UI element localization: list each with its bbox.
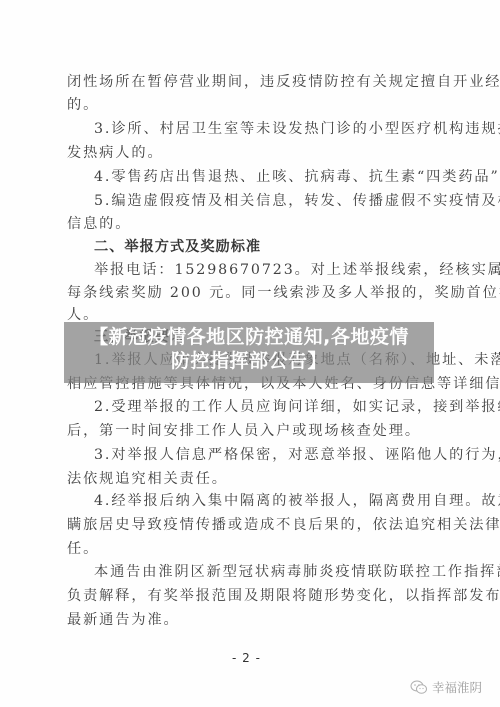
text-line: 3.对举报人信息严格保密，对恶意举报、诬陷他人的行为，依 (94, 446, 500, 464)
text-line: 4.经举报后纳入集中隔离的被举报人，隔离费用自理。故意隐 (94, 492, 500, 510)
text-line: 瞒旅居史导致疫情传播或造成不良后果的，依法追究相关法律责 (67, 516, 500, 534)
text-line: 5.编造虚假疫情及相关信息，转发、传播虚假不实疫情及相关 (94, 192, 500, 210)
text-line: 每条线索奖励 200 元。同一线索涉及多人举报的，奖励首位举报 (67, 284, 500, 302)
title-overlay-banner: 【新冠疫情各地区防控通知,各地疫情 防控指挥部公告】 (64, 322, 434, 383)
document-page: 闭性场所在暂停营业期间，违反疫情防控有关规定擅自开业经营 的。 3.诊所、村居卫… (0, 0, 500, 707)
overlay-title-line-2: 防控指挥部公告】 (64, 349, 434, 373)
text-line: 2.受理举报的工作人员应询问详细，如实记录，接到举报线索 (94, 398, 500, 416)
text-line: 后，第一时间安排工作人员入户或现场核查处理。 (67, 422, 421, 440)
wechat-icon (410, 680, 428, 695)
overlay-title-line-1: 【新冠疫情各地区防控通知,各地疫情 (64, 325, 434, 349)
text-line: 最新通告为准。 (67, 611, 180, 629)
text-line: 举报电话：15298670723。对上述举报线索，经核实属实的， (94, 261, 500, 279)
section-heading: 二、举报方式及奖励标准 (94, 238, 261, 256)
text-line: 4.零售药店出售退热、止咳、抗病毒、抗生素“四类药品”的。 (94, 168, 500, 186)
text-line: 3.诊所、村居卫生室等未设发热门诊的小型医疗机构违规接诊 (94, 120, 500, 138)
text-line: 任。 (67, 540, 99, 558)
text-line: 的。 (67, 96, 99, 114)
overlay-title: 【新冠疫情各地区防控通知,各地疫情 防控指挥部公告】 (64, 322, 434, 373)
page-number: - 2 - (232, 651, 261, 665)
text-line: 法依规追究相关责任。 (67, 470, 228, 488)
text-line: 本通告由淮阴区新型冠状病毒肺炎疫情联防联控工作指挥部 (94, 563, 500, 581)
text-line: 发热病人的。 (67, 144, 164, 162)
text-line: 闭性场所在暂停营业期间，违反疫情防控有关规定擅自开业经营 (67, 73, 500, 91)
text-line: 负责解释，有奖举报范围及期限将随形势变化，以指挥部发布的 (67, 587, 500, 605)
text-line: 信息的。 (67, 215, 131, 233)
source-watermark: 幸福淮阴 (410, 678, 482, 696)
watermark-label: 幸福淮阴 (432, 678, 482, 696)
